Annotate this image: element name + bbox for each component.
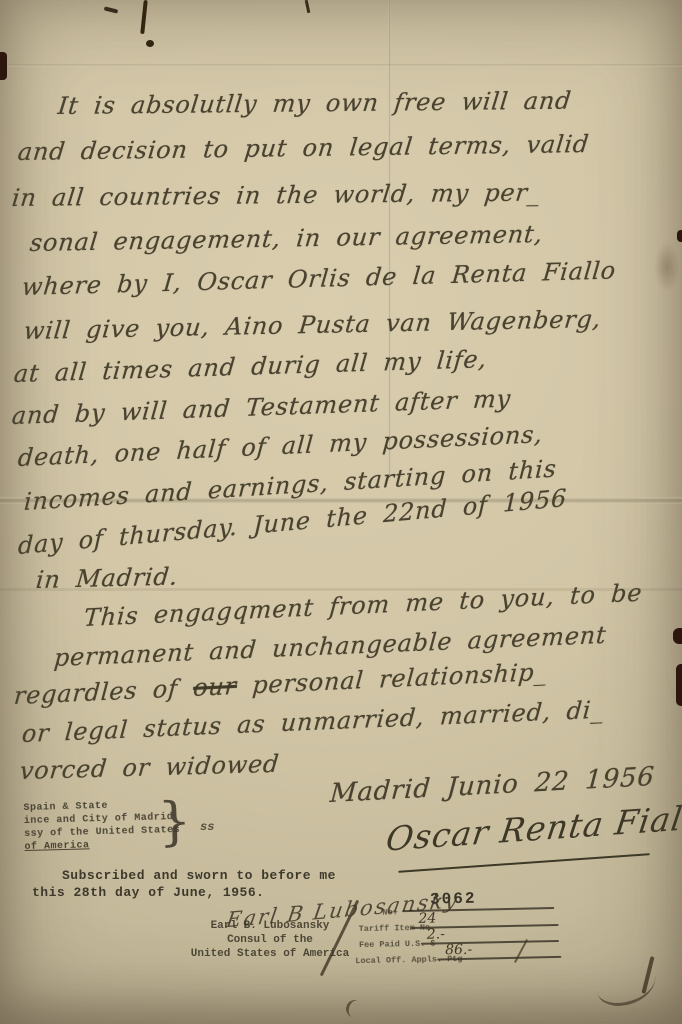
fee-value: 3062 xyxy=(430,890,477,909)
left-edge-tear xyxy=(0,52,7,80)
right-edge-tear-1 xyxy=(677,230,682,242)
ink-mark-top-3 xyxy=(146,40,154,47)
handwritten-line: in all countries in the world, my per_ xyxy=(10,178,542,212)
stamp-brace: } xyxy=(157,791,192,852)
struck-out-word: our xyxy=(192,672,238,702)
horizontal-crease-top xyxy=(0,64,682,67)
jurat-line-2: this 28th day of June, 1956. xyxy=(32,885,264,900)
stamp-ss-abbreviation: ss xyxy=(200,820,214,834)
document-photo: It is absolutlly my own free will and an… xyxy=(0,0,682,1024)
fee-value: 2.- xyxy=(427,926,445,942)
right-edge-tear-2 xyxy=(673,628,682,644)
handwritten-line: It is absolutlly my own free will and xyxy=(56,87,573,120)
jurat-line-1: Subscribed and sworn to before me xyxy=(62,868,336,883)
handwritten-line: in Madrid. xyxy=(35,562,180,594)
fee-value: 86.- xyxy=(445,942,472,959)
right-edge-tear-3 xyxy=(676,664,682,706)
fee-value: 24 xyxy=(418,910,436,926)
consul-title-2: United States of America xyxy=(170,947,370,961)
edge-stain xyxy=(654,242,680,292)
fee-label: No. xyxy=(382,907,398,917)
